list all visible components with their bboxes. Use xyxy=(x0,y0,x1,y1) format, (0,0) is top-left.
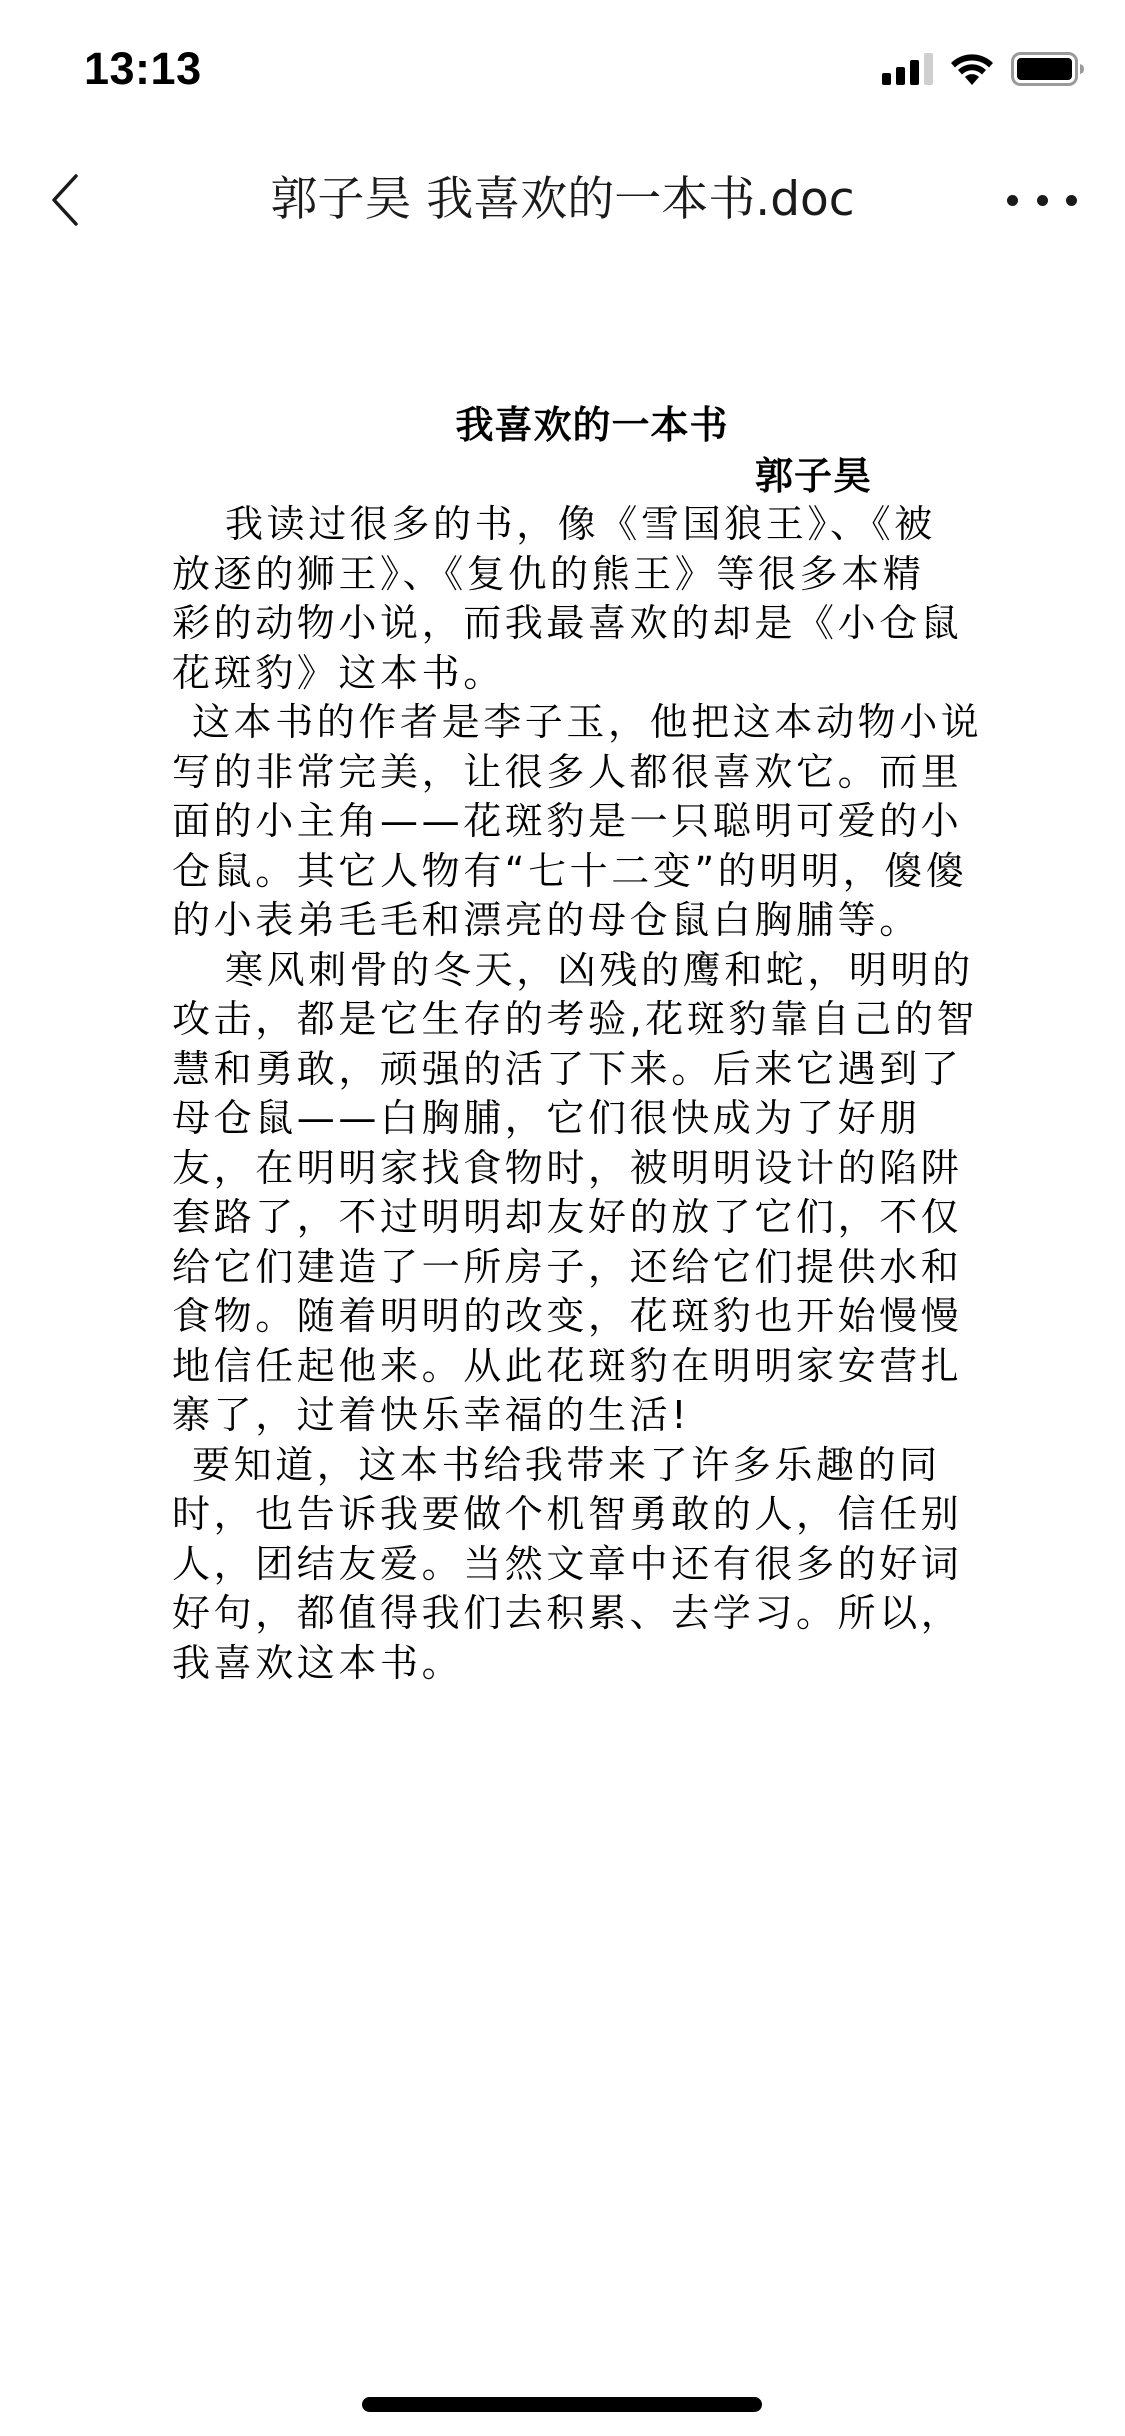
paragraph-1: 我读过很多的书，像《雪国狼王》、《被 放逐的狮王》、《复仇的熊王》等很多本精 彩… xyxy=(172,500,952,698)
paragraph-line: 食物。随着明明的改变，花斑豹也开始慢慢 xyxy=(172,1292,952,1342)
document-title: 郭子昊 我喜欢的一本书.doc xyxy=(140,170,985,230)
wifi-icon xyxy=(949,52,995,86)
status-bar: 13:13 xyxy=(0,0,1125,132)
paragraph-line: 给它们建造了一所房子，还给它们提供水和 xyxy=(172,1243,952,1293)
paragraph-line: 仓鼠。其它人物有“七十二变”的明明，傻傻 xyxy=(172,847,952,897)
paragraph-line: 友，在明明家找食物时，被明明设计的陷阱 xyxy=(172,1144,952,1194)
doc-heading: 我喜欢的一本书 xyxy=(172,398,952,452)
back-button[interactable] xyxy=(40,170,90,230)
more-horizontal-icon xyxy=(1007,195,1077,206)
more-options-button[interactable] xyxy=(1007,180,1077,220)
paragraph-line: 时，也告诉我要做个机智勇敢的人，信任别 xyxy=(172,1490,952,1540)
paragraph-line: 要知道，这本书给我带来了许多乐趣的同 xyxy=(172,1441,952,1491)
paragraph-line: 人，团结友爱。当然文章中还有很多的好词 xyxy=(172,1540,952,1590)
paragraph-line: 寨了，过着快乐幸福的生活! xyxy=(172,1391,952,1441)
paragraph-line: 好句，都值得我们去积累、去学习。所以， xyxy=(172,1589,952,1639)
paragraph-line: 我喜欢这本书。 xyxy=(172,1639,952,1689)
paragraph-line: 这本书的作者是李子玉，他把这本动物小说 xyxy=(172,698,952,748)
chevron-left-icon xyxy=(50,174,80,226)
doc-author: 郭子昊 xyxy=(172,452,952,500)
paragraph-4: 要知道，这本书给我带来了许多乐趣的同 时，也告诉我要做个机智勇敢的人，信任别 人… xyxy=(172,1441,952,1689)
paragraph-line: 彩的动物小说，而我最喜欢的却是《小仓鼠 xyxy=(172,599,952,649)
paragraph-line: 地信任起他来。从此花斑豹在明明家安营扎 xyxy=(172,1342,952,1392)
paragraph-line: 面的小主角——花斑豹是一只聪明可爱的小 xyxy=(172,797,952,847)
paragraph-line: 花斑豹》这本书。 xyxy=(172,649,952,699)
paragraph-3: 寒风刺骨的冬天，凶残的鹰和蛇，明明的 攻击，都是它生存的考验,花斑豹靠自己的智 … xyxy=(172,946,952,1441)
signal-icon xyxy=(882,53,933,85)
status-icons xyxy=(882,52,1085,86)
paragraph-line: 慧和勇敢，顽强的活了下来。后来它遇到了 xyxy=(172,1045,952,1095)
paragraph-line: 放逐的狮王》、《复仇的熊王》等很多本精 xyxy=(172,550,952,600)
paragraph-line: 寒风刺骨的冬天，凶残的鹰和蛇，明明的 xyxy=(172,946,952,996)
paragraph-line: 套路了，不过明明却友好的放了它们，不仅 xyxy=(172,1193,952,1243)
paragraph-line: 母仓鼠——白胸脯，它们很快成为了好朋 xyxy=(172,1094,952,1144)
status-time: 13:13 xyxy=(84,44,202,94)
battery-icon xyxy=(1011,52,1085,86)
paragraph-line: 写的非常完美，让很多人都很喜欢它。而里 xyxy=(172,748,952,798)
paragraph-2: 这本书的作者是李子玉，他把这本动物小说 写的非常完美，让很多人都很喜欢它。而里 … xyxy=(172,698,952,946)
paragraph-line: 的小表弟毛毛和漂亮的母仓鼠白胸脯等。 xyxy=(172,896,952,946)
nav-bar: 郭子昊 我喜欢的一本书.doc xyxy=(0,150,1125,250)
document-page: 我喜欢的一本书 郭子昊 我读过很多的书，像《雪国狼王》、《被 放逐的狮王》、《复… xyxy=(172,398,952,1688)
paragraph-line: 我读过很多的书，像《雪国狼王》、《被 xyxy=(172,500,952,550)
paragraph-line: 攻击，都是它生存的考验,花斑豹靠自己的智 xyxy=(172,995,952,1045)
home-indicator[interactable] xyxy=(362,2397,762,2412)
